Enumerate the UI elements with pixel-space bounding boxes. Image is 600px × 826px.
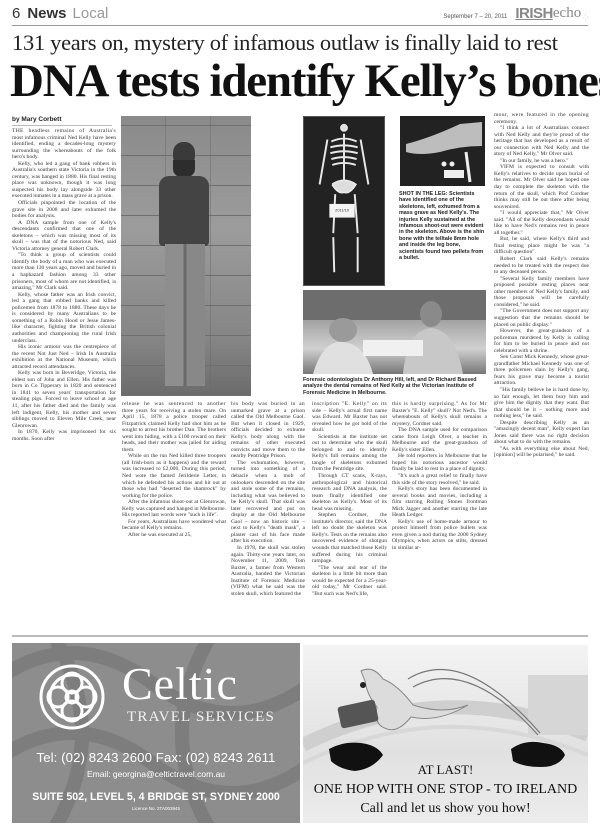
paragraph: "The wear and tear of the skeleton is a … (312, 565, 387, 598)
logo-dots-icon: ⁛ (583, 16, 588, 22)
paragraph: But, he said, where Kelly's third and fi… (494, 236, 589, 256)
paragraph: Through CT scans, X-rays, anthropologica… (312, 473, 387, 512)
forensic-lab-caption: Forensic odontologists Dr Anthony Hill, … (303, 377, 493, 396)
celtic-brand-name: Celtic (122, 657, 238, 710)
issue-date: September 7 – 20, 2011 (443, 14, 507, 20)
paragraph: The exhumation, however, turned into som… (231, 460, 305, 545)
article-column-2: release he was sentenced to another thre… (122, 401, 226, 538)
hop-call-to-action: Call and let us show you how! (303, 801, 588, 817)
paragraph: He told reporters in Melbourne that he h… (392, 453, 487, 473)
paragraph: For years, Australians have wondered wha… (122, 519, 226, 532)
paragraph: Officials pinpointed the location of the… (12, 200, 116, 220)
paragraph: this is hardly surprising." As for Mr Ba… (392, 401, 487, 427)
article-column-1: THE headless remains of Australia's most… (12, 128, 116, 442)
paragraph: "I would appreciate that," Mr Olver said… (494, 210, 589, 236)
paragraph: Despite describing Kelly as an "amazingl… (494, 420, 589, 446)
paragraph: "It's such a great relief to finally hav… (392, 473, 487, 486)
paragraph: Robert Clark said Kelly's remains needed… (494, 256, 589, 276)
paragraph: inscription "E. Kelly" on its side – Kel… (312, 401, 387, 434)
article-headline: DNA tests identify Kelly’s bones (10, 56, 590, 106)
paragraph: Stephen Cordner, the institute's directo… (312, 512, 387, 564)
paragraph: "Several Kelly family members have propo… (494, 276, 589, 309)
celtic-email[interactable]: Email: georgina@celtictravel.com.au (12, 769, 300, 779)
paragraph: A DNA sample from one of Kelly's descend… (12, 220, 116, 253)
paragraph: "His family believe he is hard done by, … (494, 387, 589, 420)
paragraph: In 1870, Kelly was imprisoned for six mo… (12, 429, 116, 442)
paragraph: Kelly, whose father was an Irish convict… (12, 292, 116, 344)
one-hop-ireland-ad[interactable]: AT LAST! ONE HOP WITH ONE STOP - TO IREL… (303, 645, 588, 823)
paragraph: "I think a lot of Australians connect wi… (494, 125, 589, 158)
paragraph: "To think a group of scientists could id… (12, 252, 116, 291)
paragraph: Kelly's use of home-made armour to prote… (392, 519, 487, 552)
celtic-travel-ad[interactable]: Celtic TRAVEL SERVICES Tel: (02) 8243 26… (12, 643, 300, 823)
hop-headline: ONE HOP WITH ONE STOP - TO IRELAND (303, 782, 588, 798)
paragraph: Sen Const Mick Kennedy, whose great-gran… (494, 354, 589, 387)
skeleton-illustration: 2011/10 (304, 117, 384, 285)
paragraph: mour, were featured in the opening cerem… (494, 112, 589, 125)
svg-text:2011/10: 2011/10 (335, 208, 350, 213)
hop-at-last: AT LAST! (303, 762, 588, 778)
paragraph: Kelly, who led a gang of bank robbers in… (12, 161, 116, 200)
paragraph: After he was executed at 25, (122, 532, 226, 539)
section-label: News (27, 5, 66, 22)
irish-echo-logo: IRISHecho⁛ (515, 5, 588, 22)
paragraph: "As with everything else about Ned, [opi… (494, 446, 589, 459)
celtic-subtitle: TRAVEL SERVICES (127, 709, 275, 726)
forensic-lab-photo (303, 290, 486, 374)
paragraph: "The Government does not support any sug… (494, 308, 589, 328)
paragraph: However, the great-grandson of a policem… (494, 328, 589, 354)
paragraph: In 1978, the skull was stolen again. Thi… (231, 545, 305, 597)
article-column-3: his body was buried in an unmarked grave… (231, 401, 305, 597)
celtic-knot-logo-icon (38, 663, 106, 731)
paragraph: His iconic armour was the centrepiece of… (12, 344, 116, 370)
masthead: 6 News Local September 7 – 20, 2011 IRIS… (12, 2, 588, 26)
subsection-label: Local (73, 5, 109, 22)
byline: by Mary Corbett (12, 116, 112, 126)
paragraph: While on the run Ned killed three troope… (122, 453, 226, 499)
paragraph: VIFM is expected to consult with Kelly's… (494, 164, 589, 210)
celtic-phone-fax: Tel: (02) 8243 2600 Fax: (02) 8243 2611 (12, 750, 300, 765)
paragraph: THE headless remains of Australia's most… (12, 128, 116, 161)
paragraph: Kelly's story has been documented in sev… (392, 486, 487, 519)
shin-bone-photo (400, 116, 485, 186)
article-column-5: this is hardly surprising." As for Mr Ba… (392, 401, 487, 552)
skeleton-photo: 2011/10 (303, 116, 385, 286)
article-kicker: 131 years on, mystery of infamous outlaw… (12, 30, 588, 56)
paragraph: release he was sentenced to another thre… (122, 401, 226, 453)
paragraph: Kelly was born in Beveridge, Victoria, t… (12, 370, 116, 429)
paragraph: After the infamous shoot-out at Glenrowa… (122, 499, 226, 519)
ned-kelly-portrait-photo (121, 116, 251, 396)
paragraph: Scientists at the institute set out to d… (312, 434, 387, 473)
celtic-address: SUITE 502, LEVEL 5, 4 BRIDGE ST, SYDNEY … (12, 791, 300, 803)
celtic-licence: Licence No. 2TA003945 (12, 806, 300, 811)
article-column-6: mour, were featured in the opening cerem… (494, 112, 589, 459)
paragraph: his body was buried in an unmarked grave… (231, 401, 305, 460)
section-divider (12, 635, 588, 637)
shot-in-the-leg-caption: SHOT IN THE LEG: Scientists have identif… (399, 191, 486, 261)
article-column-4: inscription "E. Kelly" on its side – Kel… (312, 401, 387, 597)
paragraph: The DNA sample used for comparison came … (392, 427, 487, 453)
page-number: 6 (12, 5, 20, 22)
